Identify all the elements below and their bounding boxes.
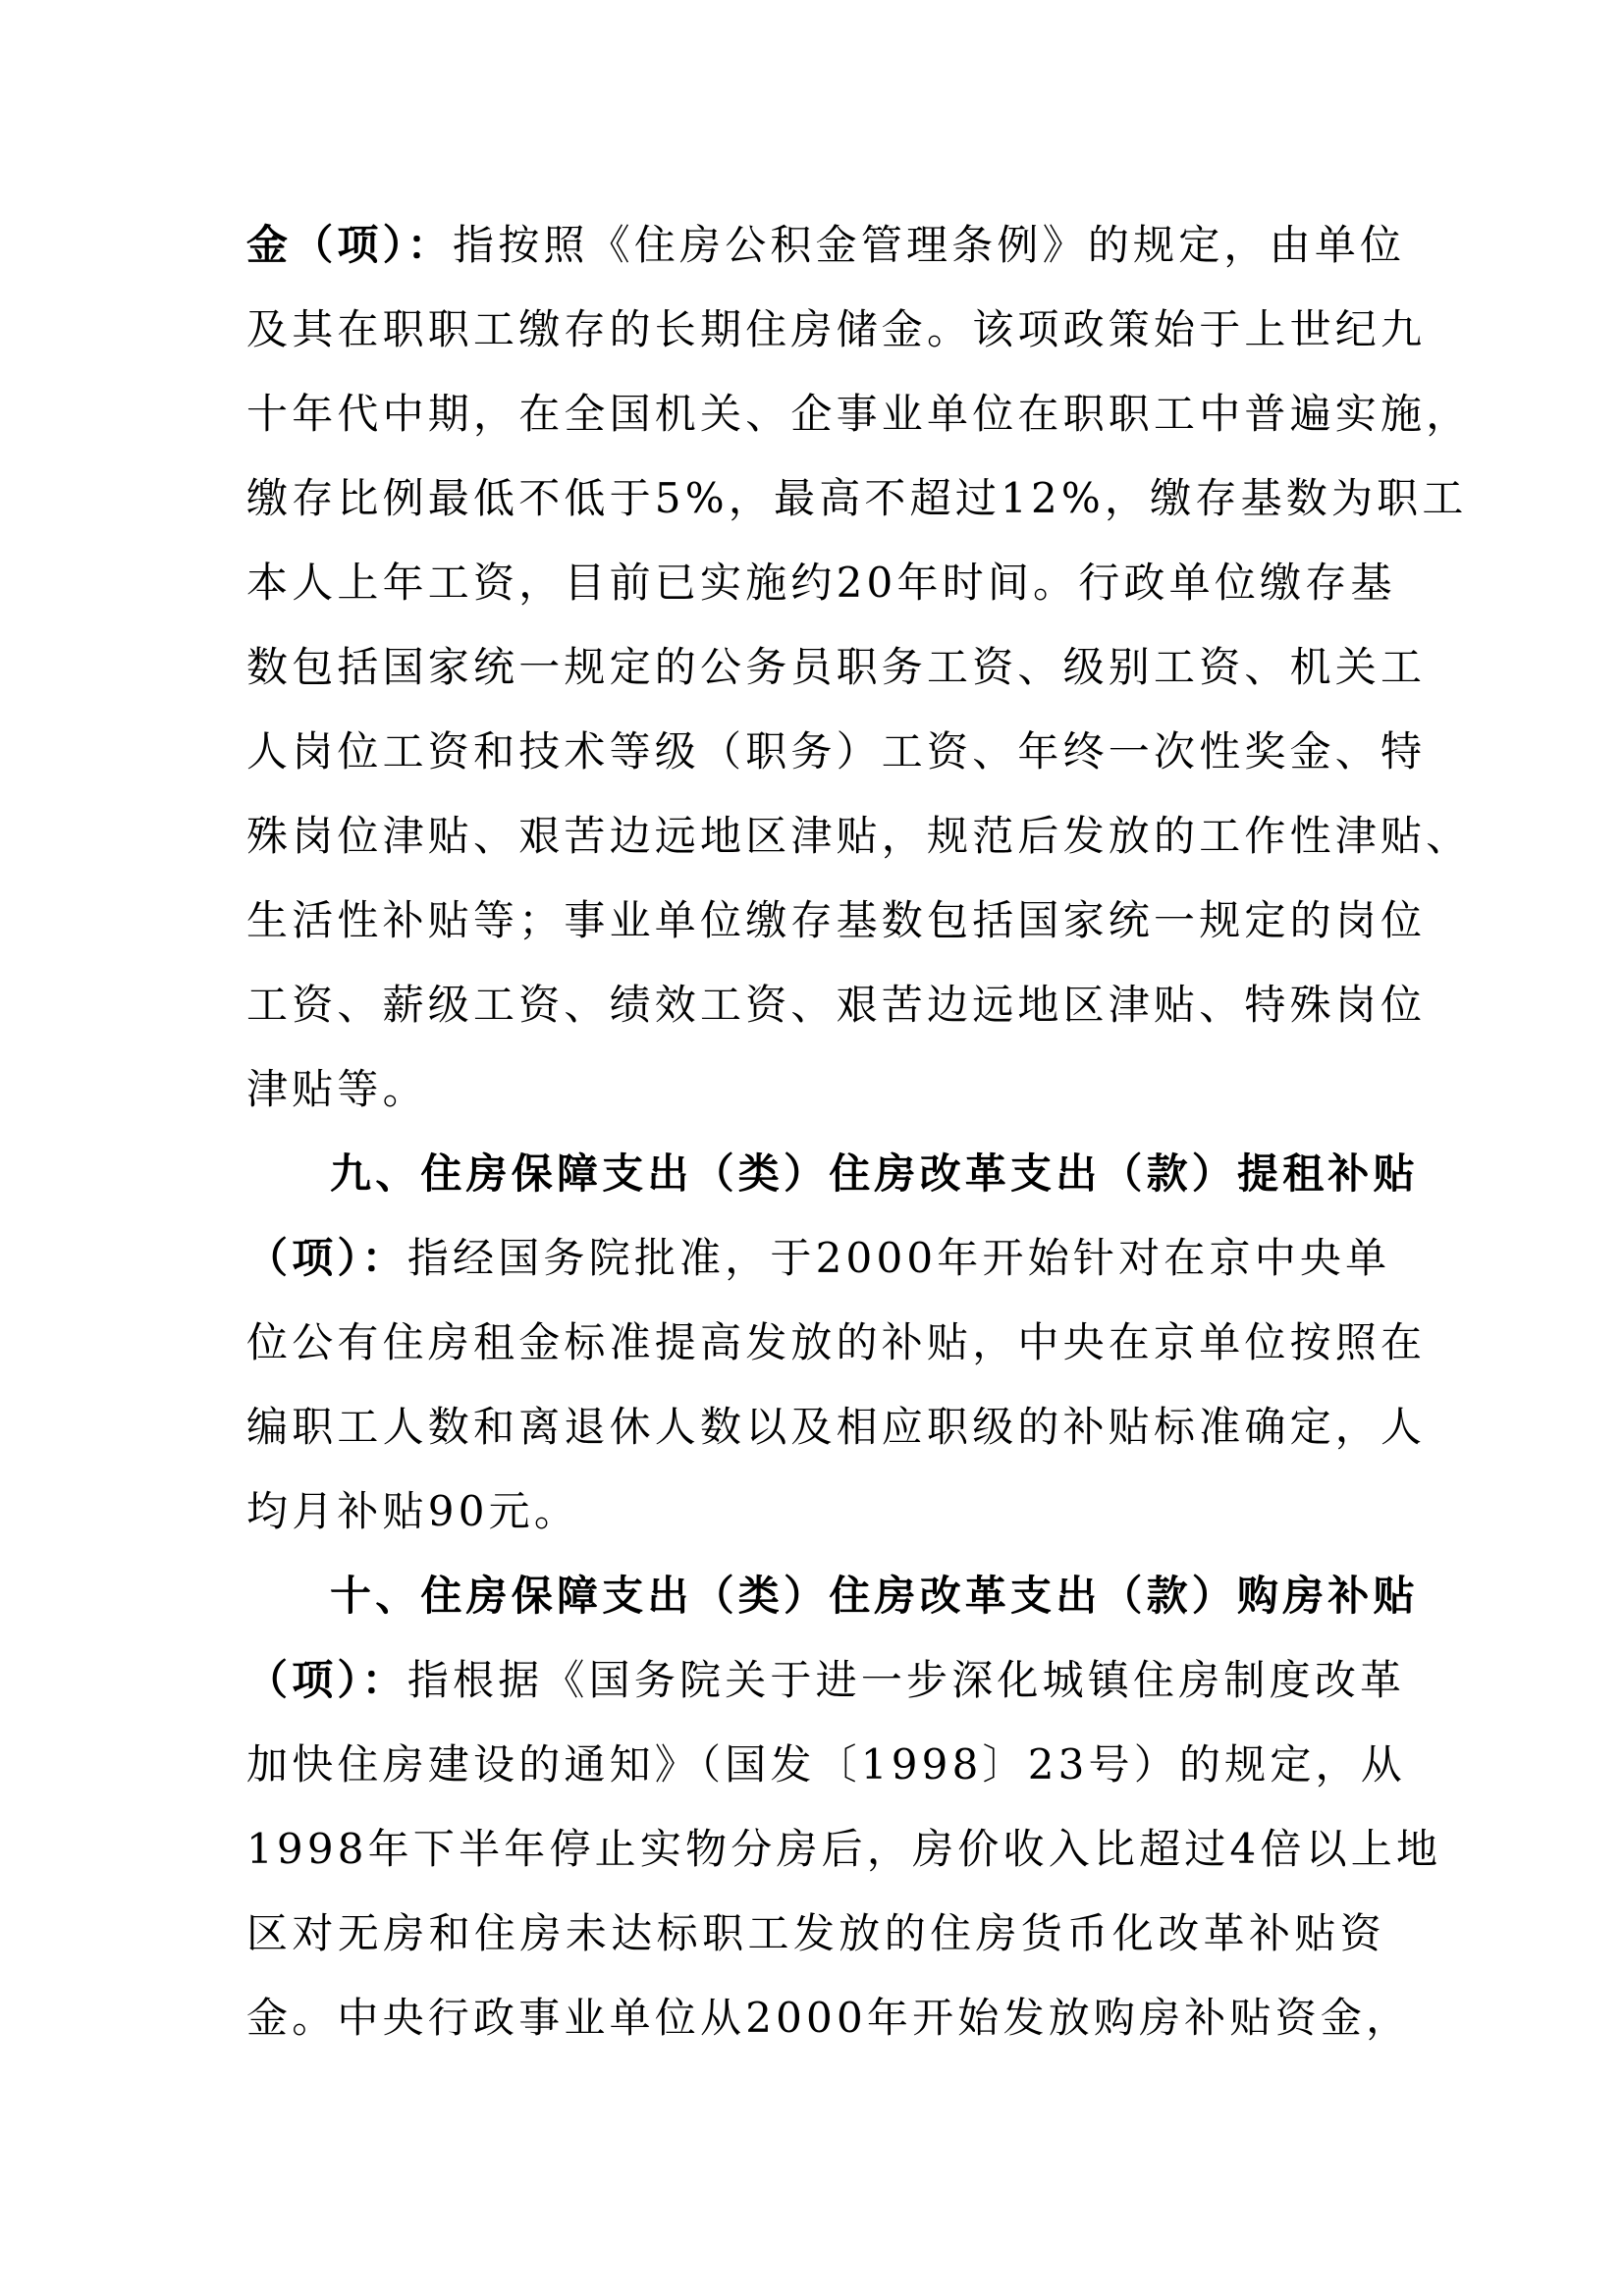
- paragraph-line: 工资、薪级工资、绩效工资、艰苦边远地区津贴、特殊岗位: [246, 976, 1385, 1035]
- section-10-line: 金。中央行政事业单位从2000年开始发放购房补贴资金，: [246, 1989, 1385, 2048]
- section-10-line: 加快住房建设的通知》（国发〔1998〕23号）的规定，从: [246, 1735, 1385, 1794]
- paragraph-line: 十年代中期，在全国机关、企事业单位在职职工中普遍实施，: [246, 385, 1385, 444]
- section-10-line: 区对无房和住房未达标职工发放的住房货币化改革补贴资: [246, 1904, 1385, 1963]
- paragraph-line: 及其在职职工缴存的长期住房储金。该项政策始于上世纪九: [246, 300, 1385, 359]
- paragraph-line: 殊岗位津贴、艰苦边远地区津贴，规范后发放的工作性津贴、: [246, 807, 1385, 866]
- item-label: （项）：: [246, 1656, 407, 1704]
- section-9-line: 编职工人数和离退休人数以及相应职级的补贴标准确定，人: [246, 1398, 1385, 1457]
- paragraph-line: 津贴等。: [246, 1060, 1385, 1119]
- section-10-line: 1998年下半年停止实物分房后，房价收入比超过4倍以上地: [246, 1820, 1385, 1879]
- paragraph-line: 本人上年工资，目前已实施约20年时间。行政单位缴存基: [246, 554, 1385, 613]
- section-9-heading: 九、住房保障支出（类）住房改革支出（款）提租补贴: [330, 1145, 1385, 1203]
- section-10-line: （项）：指根据《国务院关于进一步深化城镇住房制度改革: [246, 1651, 1385, 1710]
- section-10-heading: 十、住房保障支出（类）住房改革支出（款）购房补贴: [330, 1567, 1385, 1626]
- paragraph-line: 人岗位工资和技术等级（职务）工资、年终一次性奖金、特: [246, 722, 1385, 781]
- item-label: （项）：: [246, 1234, 407, 1282]
- paragraph-line: 缴存比例最低不低于5%，最高不超过12%，缴存基数为职工: [246, 469, 1385, 528]
- paragraph-line: 金（项）：指按照《住房公积金管理条例》的规定，由单位: [246, 216, 1385, 275]
- document-page: 金（项）：指按照《住房公积金管理条例》的规定，由单位 及其在职职工缴存的长期住房…: [0, 0, 1624, 2296]
- section-9-line: 位公有住房租金标准提高发放的补贴，中央在京单位按照在: [246, 1313, 1385, 1372]
- paragraph-line: 数包括国家统一规定的公务员职务工资、级别工资、机关工: [246, 638, 1385, 697]
- section-9-line: 均月补贴90元。: [246, 1482, 1385, 1541]
- item-label: 金（项）：: [246, 221, 453, 269]
- section-9-line: （项）：指经国务院批准，于2000年开始针对在京中央单: [246, 1229, 1385, 1288]
- paragraph-line: 生活性补贴等；事业单位缴存基数包括国家统一规定的岗位: [246, 891, 1385, 950]
